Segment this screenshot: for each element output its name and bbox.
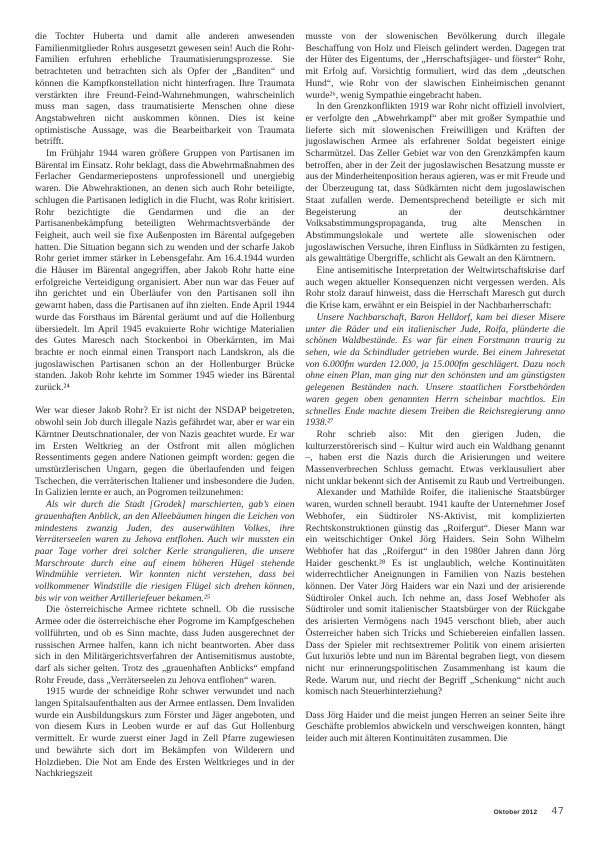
body-paragraph: Wer war dieser Jakob Rohr? Er ist nicht … <box>35 405 295 499</box>
issue-date: Oktober 2012 <box>494 809 538 816</box>
body-paragraph: 1915 wurde der schneidige Rohr schwer ve… <box>35 686 295 780</box>
magazine-page: die Tochter Huberta und damit alle ander… <box>0 0 600 849</box>
body-paragraph: Rohr schrieb also: Mit den gierigen Jude… <box>306 429 566 488</box>
body-paragraph: musste von der slowenischen Bevölkerung … <box>306 31 566 101</box>
quote-paragraph: Als wir durch die Stadt [Grodek] marschi… <box>35 499 295 604</box>
text-column-right: musste von der slowenischen Bevölkerung … <box>306 31 566 780</box>
page-footer: Oktober 2012 47 <box>494 806 564 817</box>
body-paragraph: Im Frühjahr 1944 waren größere Gruppen v… <box>35 148 295 394</box>
text-columns: die Tochter Huberta und damit alle ander… <box>35 31 565 780</box>
page-number: 47 <box>551 806 564 817</box>
quote-paragraph: Unsere Nachbarschaft, Baron Helldorf, ka… <box>306 312 566 429</box>
body-paragraph: Eine antisemitische Interpretation der W… <box>306 265 566 312</box>
body-paragraph: Die österreichische Armee richtete schne… <box>35 604 295 686</box>
body-paragraph: In den Grenzkonflikten 1919 war Rohr nic… <box>306 101 566 265</box>
text-column-left: die Tochter Huberta und damit alle ander… <box>35 31 295 780</box>
body-paragraph: die Tochter Huberta und damit alle ander… <box>35 31 295 148</box>
body-paragraph: Alexander und Mathilde Roifer, die itali… <box>306 487 566 698</box>
body-paragraph: Dass Jörg Haider und die meist jungen He… <box>306 710 566 745</box>
